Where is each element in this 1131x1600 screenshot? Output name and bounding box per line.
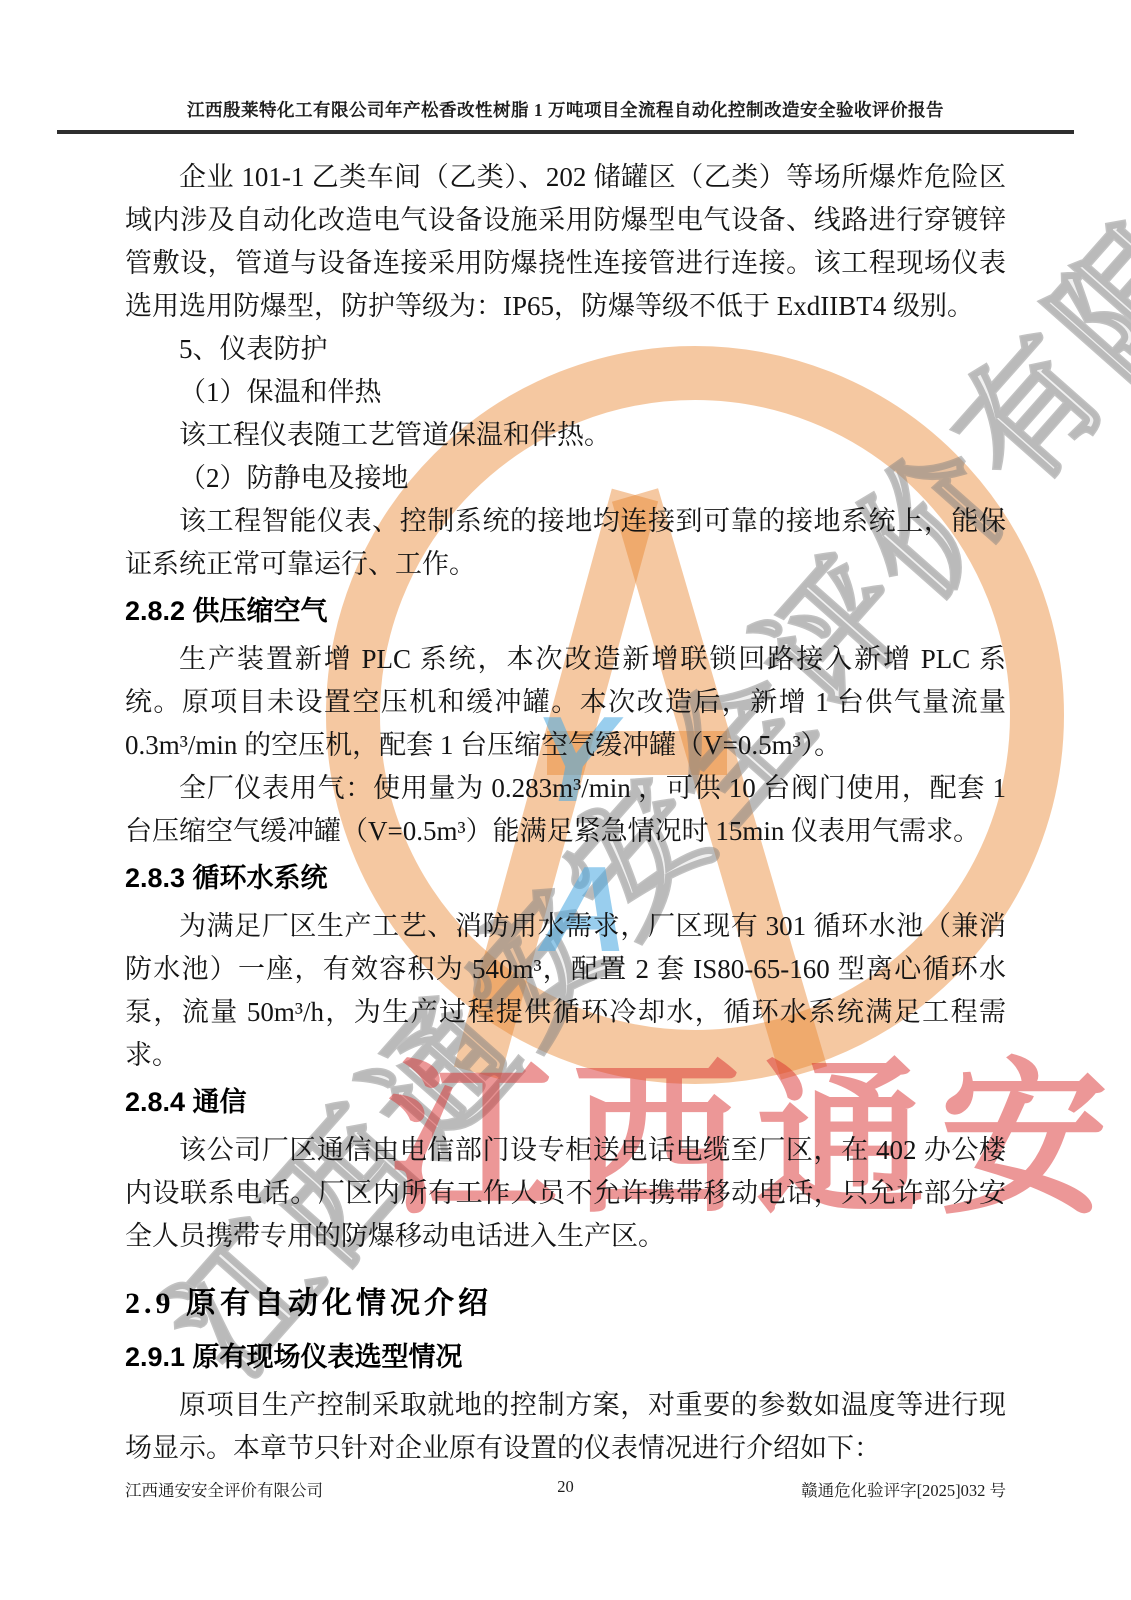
paragraph-2-9-1: 原项目生产控制采取就地的控制方案，对重要的参数如温度等进行现场显示。本章节只针对… (125, 1384, 1006, 1470)
paragraph-5-2: 该工程智能仪表、控制系统的接地均连接到可靠的接地系统上，能保证系统正常可靠运行、… (125, 500, 1006, 586)
paragraph-2-8-2-b: 全厂仪表用气：使用量为 0.283m³/min ，可供 10 台阀门使用，配套 … (125, 767, 1006, 853)
paragraph-5-1: 该工程仪表随工艺管道保温和伴热。 (125, 414, 1006, 457)
report-page: 江西通安安全评价有限公司 Y A 江西通安 江西殷莱特化工有限公司年产松香改性树… (0, 0, 1131, 1600)
header-rule (57, 130, 1074, 134)
list-item-5-2: （2）防静电及接地 (125, 457, 1006, 500)
heading-2-9: 2.9 原有自动化情况介绍 (125, 1278, 1006, 1330)
list-item-5: 5、仪表防护 (125, 328, 1006, 371)
document-body: 企业 101-1 乙类车间（乙类）、202 储罐区（乙类）等场所爆炸危险区域内涉… (125, 156, 1006, 1470)
heading-2-9-1: 2.9.1 原有现场仪表选型情况 (125, 1332, 1006, 1384)
footer-doc-number: 赣通危化验评字[2025]032 号 (801, 1477, 1006, 1501)
page-header-title: 江西殷莱特化工有限公司年产松香改性树脂 1 万吨项目全流程自动化控制改造安全验收… (0, 97, 1131, 122)
heading-2-8-4: 2.8.4 通信 (125, 1077, 1006, 1129)
heading-2-8-3: 2.8.3 循环水系统 (125, 853, 1006, 905)
list-item-5-1: （1）保温和伴热 (125, 371, 1006, 414)
paragraph-explosion-zone: 企业 101-1 乙类车间（乙类）、202 储罐区（乙类）等场所爆炸危险区域内涉… (125, 156, 1006, 328)
paragraph-2-8-2-a: 生产装置新增 PLC 系统，本次改造新增联锁回路接入新增 PLC 系统。原项目未… (125, 638, 1006, 767)
heading-2-8-2: 2.8.2 供压缩空气 (125, 586, 1006, 638)
paragraph-2-8-3: 为满足厂区生产工艺、消防用水需求，厂区现有 301 循环水池（兼消防水池）一座，… (125, 905, 1006, 1077)
paragraph-2-8-4: 该公司厂区通信由电信部门设专柜送电话电缆至厂区，在 402 办公楼内设联系电话。… (125, 1129, 1006, 1258)
